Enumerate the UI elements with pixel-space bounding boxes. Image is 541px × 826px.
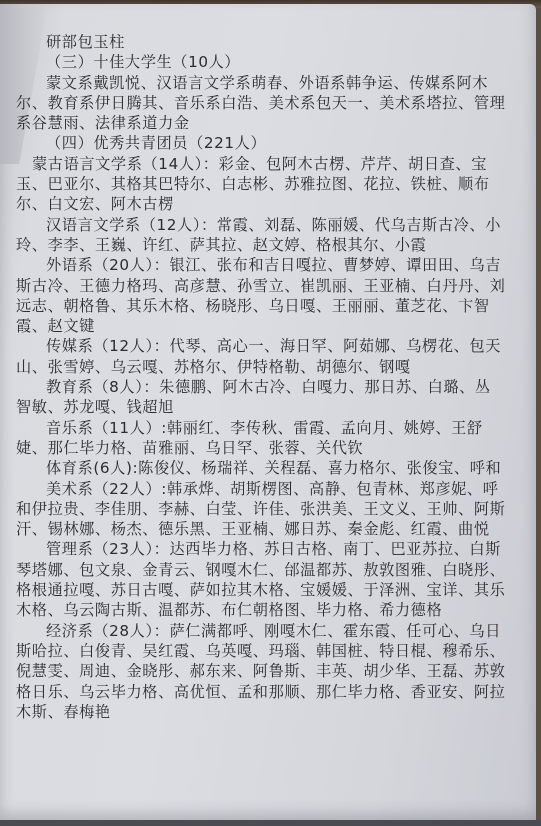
dept-line: 蒙古语言文学系（14人）：彩金、包阿木古楞、芹芹、胡日查、宝 (16, 154, 484, 174)
section-3-line: 蒙文系戴凯悦、汉语言文学系萌春、外语系韩争运、传媒系阿木 (16, 73, 484, 93)
dept-line: 木格、乌云陶古斯、温都苏、布仁朝格图、毕力格、希力德格 (16, 600, 484, 620)
dept-line: 婕、那仁毕力格、苗雅丽、乌日罕、张蓉、关代钦 (16, 438, 484, 458)
section-3-line: 系谷慧雨、法律系道力金 (16, 113, 484, 133)
dept-line: 汗、锡林娜、杨杰、德乐黑、王亚楠、娜日苏、秦金彪、红霞、曲悦 (16, 519, 484, 539)
dept-music: 音乐系（11人）:韩丽红、李传秋、雷霞、孟向月、姚婷、王舒 婕、那仁毕力格、苗雅… (16, 418, 484, 459)
dept-foreign-languages: 外语系（20人）：银江、张布和吉日嘎拉、曹梦婷、谭田田、乌吉 斯古冷、王德力格玛… (16, 255, 484, 336)
dept-chinese: 汉语言文学系（12人）：常霞、刘磊、陈丽媛、代乌吉斯古冷、小 玲、李李、王巍、许… (16, 215, 484, 256)
dept-line: 教育系（8人）：朱德鹏、阿木古冷、白嘎力、那日苏、白璐、丛 (16, 377, 484, 397)
dept-line: 斯古冷、王德力格玛、高彦慧、孙雪立、崔凯丽、王亚楠、白丹丹、刘 (16, 276, 484, 296)
document-content: 研部包玉柱 （三）十佳大学生（10人） 蒙文系戴凯悦、汉语言文学系萌春、外语系韩… (16, 32, 484, 722)
line-top: 研部包玉柱 (16, 32, 484, 52)
dept-line: 倪慧雯、周迪、金晓彤、郝东来、阿鲁斯、丰英、胡少华、王磊、苏敦 (16, 661, 484, 681)
dept-education: 教育系（8人）：朱德鹏、阿木古冷、白嘎力、那日苏、白璐、丛 智敏、苏龙嘎、钱超旭 (16, 377, 484, 418)
dept-line: 音乐系（11人）:韩丽红、李传秋、雷霞、孟向月、姚婷、王舒 (16, 418, 484, 438)
dept-line: 霞、赵文键 (16, 316, 484, 336)
desk-bottom-edge (0, 820, 541, 826)
section-3-line: 尔、教育系伊日腾其、音乐系白浩、美术系包天一、美术系塔拉、管理 (16, 93, 484, 113)
dept-line: 智敏、苏龙嘎、钱超旭 (16, 397, 484, 417)
dept-line: 玉、巴亚尔、其格其巴特尔、白志彬、苏雅拉图、花拉、铁桩、顺布 (16, 174, 484, 194)
dept-line: 木斯、春梅艳 (16, 702, 484, 722)
dept-line: 尔、白文宏、阿木古楞 (16, 194, 484, 214)
dept-line: 传媒系（12人）：代琴、高心一、海日罕、阿茹娜、乌楞花、包天 (16, 336, 484, 356)
dept-line: 经济系（28人）：萨仁满都呼、刚嘎木仁、霍东霞、任可心、乌日 (16, 621, 484, 641)
dept-line: 格根通拉嘎、苏日古嘎、萨如拉其木格、宝媛媛、于泽洲、宝详、其乐 (16, 580, 484, 600)
dept-sports: 体育系(6人):陈俊仪、杨瑞祥、关程磊、喜力格尔、张俊宝、呼和 (16, 458, 484, 478)
dept-line: 格日乐、乌云毕力格、高优恒、孟和那顺、那仁毕力格、香亚安、阿拉 (16, 682, 484, 702)
section-3-heading: （三）十佳大学生（10人） (16, 52, 484, 72)
dept-fine-arts: 美术系（22人）:韩承烨、胡斯楞图、高静、包青林、郑彦妮、呼 和伊拉贵、李佳朋、… (16, 479, 484, 540)
dept-line: 和伊拉贵、李佳朋、李赫、白莹、许佳、张洪美、王文义、王帅、阿斯 (16, 499, 484, 519)
dept-line: 美术系（22人）:韩承烨、胡斯楞图、高静、包青林、郑彦妮、呼 (16, 479, 484, 499)
dept-line: 山、张雪婷、乌云嘎、苏格尔、伊特格勒、胡德尔、钢嘎 (16, 357, 484, 377)
dept-line: 外语系（20人）：银江、张布和吉日嘎拉、曹梦婷、谭田田、乌吉 (16, 255, 484, 275)
dept-media: 传媒系（12人）：代琴、高心一、海日罕、阿茹娜、乌楞花、包天 山、张雪婷、乌云嘎… (16, 336, 484, 377)
document-page: 研部包玉柱 （三）十佳大学生（10人） 蒙文系戴凯悦、汉语言文学系萌春、外语系韩… (0, 4, 536, 822)
dept-line: 管理系（23人）：达西毕力格、苏日古格、南丁、巴亚苏拉、白斯 (16, 539, 484, 559)
dept-mongolian: 蒙古语言文学系（14人）：彩金、包阿木古楞、芹芹、胡日查、宝 玉、巴亚尔、其格其… (16, 154, 484, 215)
dept-economics: 经济系（28人）：萨仁满都呼、刚嘎木仁、霍东霞、任可心、乌日 斯哈拉、白俊青、吴… (16, 621, 484, 722)
dept-line: 体育系(6人):陈俊仪、杨瑞祥、关程磊、喜力格尔、张俊宝、呼和 (16, 458, 484, 478)
dept-management: 管理系（23人）：达西毕力格、苏日古格、南丁、巴亚苏拉、白斯 琴塔娜、包文泉、金… (16, 539, 484, 620)
dept-line: 琴塔娜、包文泉、金青云、钢嘎木仁、邰温都苏、敖敦图雅、白晓彤、 (16, 560, 484, 580)
dept-line: 远志、朝格鲁、其乐木格、杨晓彤、乌日嘎、王丽丽、董芝花、卞智 (16, 296, 484, 316)
dept-line: 玲、李李、王巍、许红、萨其拉、赵文婷、格根其尔、小霞 (16, 235, 484, 255)
dept-line: 斯哈拉、白俊青、吴红霞、乌英嘎、玛瑙、韩国桩、特日棍、穆希乐、 (16, 641, 484, 661)
section-4-heading: （四）优秀共青团员（221人） (16, 133, 484, 153)
dept-line: 汉语言文学系（12人）：常霞、刘磊、陈丽媛、代乌吉斯古冷、小 (16, 215, 484, 235)
